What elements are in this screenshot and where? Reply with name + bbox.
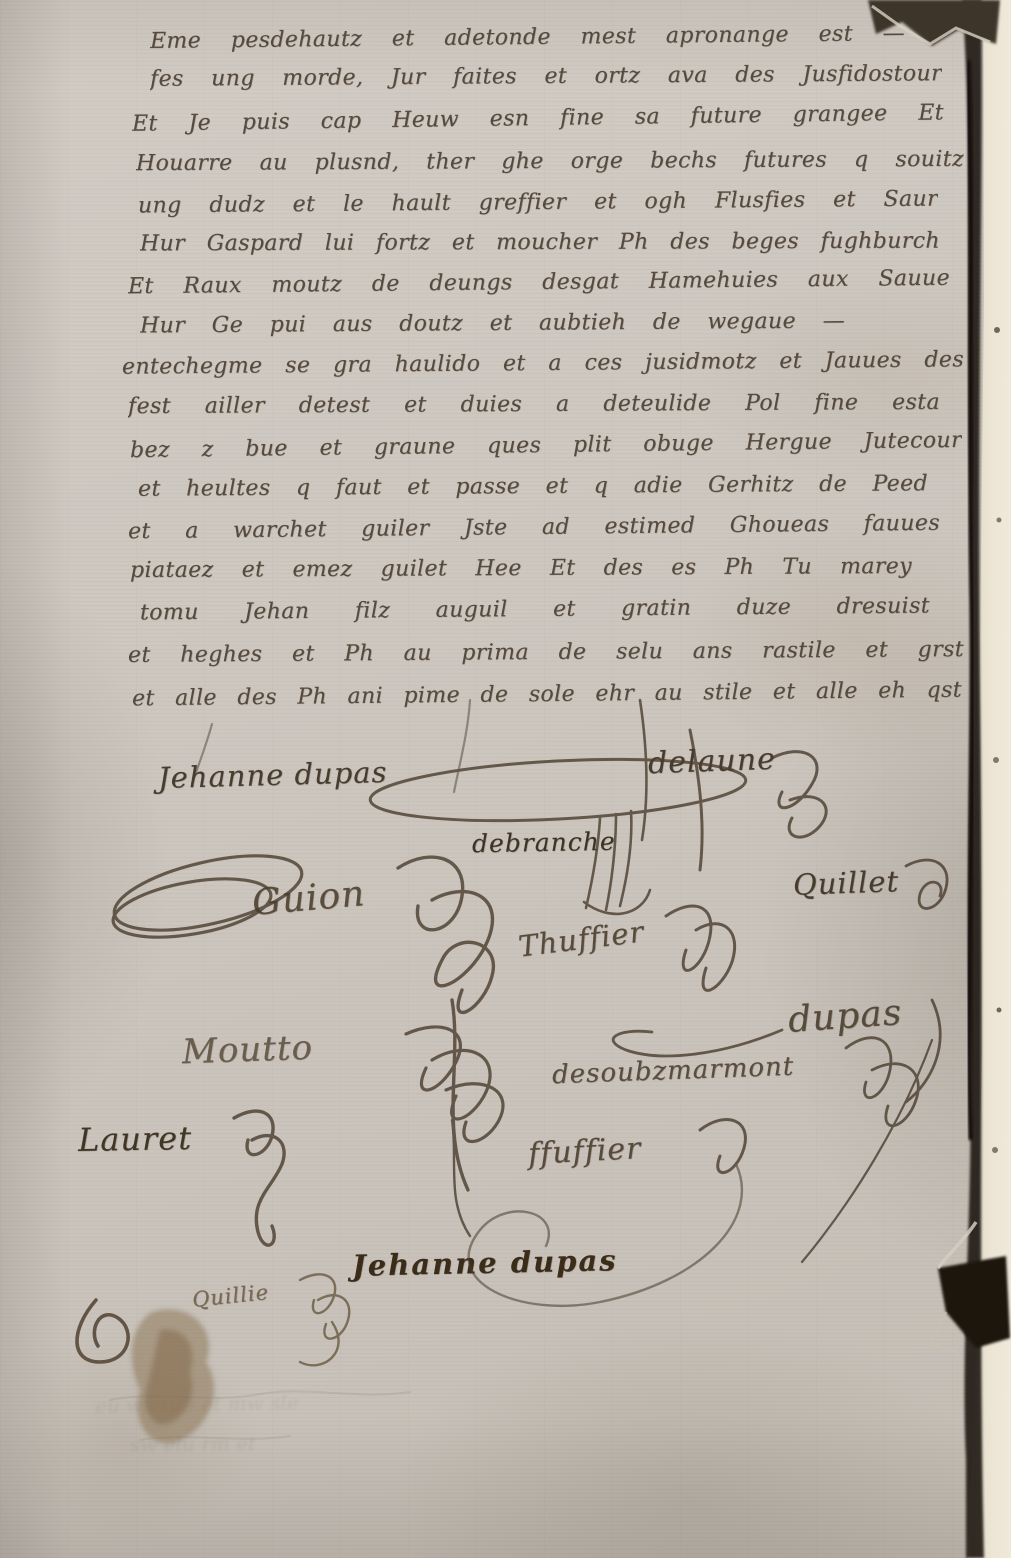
manuscript-line: ung dudz et le hault greffier et ogh Flu… (138, 187, 938, 224)
manuscript-line: et heghes et Ph au prima de selu ans ras… (128, 637, 964, 673)
manuscript-line: Hur Ge pui aus doutz et aubtieh de wegau… (140, 309, 845, 344)
manuscript-line: fes ung morde, Jur faites et ortz ava de… (150, 61, 942, 97)
signature-desoubzmarmont: desoubzmarmont (552, 1052, 795, 1090)
bleedthrough-text: eu ws ruh et mw sle (95, 1390, 299, 1418)
binding-gutter (962, 0, 1002, 1558)
signature-jehanne-dupas: Jehanne dupas (158, 755, 388, 795)
flourish-paraph-guion (398, 857, 493, 1190)
signature-quillet: Quillet (792, 864, 899, 902)
flourish-paraph-moutto (406, 1027, 503, 1236)
ink-smudge (132, 1309, 214, 1443)
manuscript-line: Et Raux moutz de deungs desgat Hamehuies… (128, 266, 950, 305)
flourish-paraph-quillie (300, 1274, 349, 1365)
flourish-paraph-lauret (234, 1111, 284, 1245)
signature-moutto: Moutto (181, 1028, 313, 1073)
manuscript-line: Eme pesdehautz et adetonde mest apronang… (150, 21, 905, 59)
signature-quillie: Quillie (191, 1280, 270, 1312)
signature-delaune: delaune (647, 742, 776, 781)
manuscript-line: et alle des Ph ani pime de sole ehr au s… (132, 678, 962, 717)
manuscript-line: piataez et emez guilet Hee Et des es Ph … (130, 554, 912, 588)
manuscript-line: Et Je puis cap Heuw esn fine sa future g… (132, 100, 944, 141)
manuscript-page: Eme pesdehautz et adetonde mest apronang… (0, 0, 1011, 1558)
manuscript-line: entechegme se gra haulido et a ces jusid… (122, 347, 964, 384)
manuscript-line: et heultes q faut et passe et q adie Ger… (138, 471, 928, 507)
flourish-bottom-left (77, 1300, 128, 1362)
signature-lauret: Lauret (78, 1119, 193, 1159)
manuscript-line: et a warchet guiler Jste ad estimed Ghou… (128, 511, 940, 550)
manuscript-line: bez z bue et graune ques plit obuge Herg… (130, 428, 962, 468)
next-page-edge (968, 0, 1011, 1558)
signature-dupas: dupas (787, 992, 904, 1041)
flourish-paraph-delaune (772, 752, 826, 838)
signature-debranche: debranche (472, 827, 616, 859)
manuscript-line: Houarre au plusnd, ther ghe orge bechs f… (136, 147, 964, 181)
signature-ffuffier: ffuffier (527, 1131, 642, 1172)
signature-guion: Guion (250, 873, 366, 924)
signature-thuffier: Thuffier (516, 914, 646, 963)
flourish-paraph-quillet (906, 860, 947, 908)
flourish-paraph-debranche (584, 700, 650, 914)
manuscript-line: fest ailler detest et duies a deteulide … (128, 390, 940, 424)
flourish-paraph-desoubzmarmont (802, 1038, 932, 1262)
bleedthrough-text: sw elu rm et (130, 1431, 256, 1456)
manuscript-line: tomu Jehan filz auguil et gratin duze dr… (140, 594, 930, 631)
manuscript-line: Hur Gaspard lui fortz et moucher Ph des … (140, 229, 940, 262)
page-tear-bottom (930, 1222, 1010, 1352)
signature-jehanne-dupas-2: Jehanne dupas (352, 1243, 618, 1283)
